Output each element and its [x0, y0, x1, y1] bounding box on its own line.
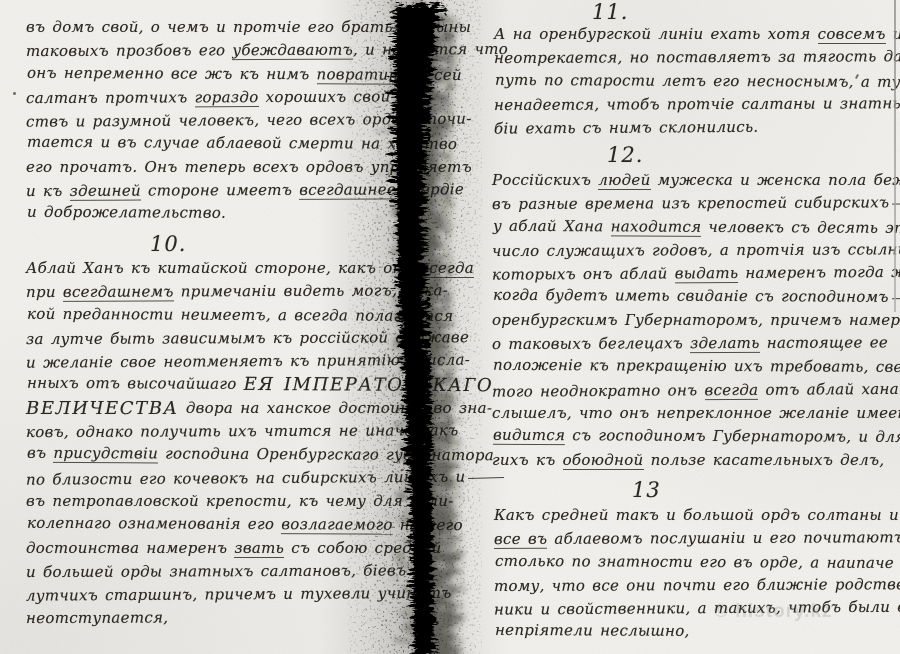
manuscript-text-segment: людей	[598, 171, 650, 190]
manuscript-text-segment: неотрекается, но поставляетъ за тягость …	[494, 47, 900, 67]
manuscript-text-segment: человекъ съ десять это	[701, 217, 900, 236]
manuscript-line: все въ аблаевомъ послушаніи и его почита…	[494, 526, 900, 551]
manuscript-text-segment: путь по старости летъ его несноснымъ, а …	[495, 70, 900, 90]
manuscript-text-segment: нныхъ отъ высочайшаго	[27, 374, 244, 393]
manuscript-text-segment: того неоднократно онъ	[492, 381, 705, 400]
manuscript-line: тому, что все они почти его ближніе родс…	[494, 573, 900, 598]
ink-speck	[697, 100, 699, 102]
manuscript-text-segment: о таковыхъ беглецахъ	[492, 334, 690, 353]
manuscript-line: непріятели неслышно,	[495, 619, 900, 645]
section-12-heading: 12.	[607, 143, 643, 167]
manuscript-text-segment: всегда	[704, 380, 758, 399]
manuscript-line: Россійскихъ людей мужеска и женска пола …	[492, 169, 900, 192]
section-13-paragraph: Какъ средней такъ и большой ордъ солтаны…	[494, 504, 900, 644]
manuscript-text-segment: которыхъ онъ аблай	[492, 265, 675, 284]
manuscript-line: путь по старости летъ его несноснымъ, а …	[495, 68, 900, 94]
manuscript-line: о таковыхъ беглецахъ зделать настоящее е…	[492, 331, 900, 356]
manuscript-text-segment: мужеска и женска пола бежавшихъ	[651, 171, 900, 189]
watermark: © history.kz	[714, 601, 833, 623]
manuscript-text-segment: въ разные времена изъ крепостей сибирски…	[492, 193, 900, 213]
manuscript-text-segment: ники и свойственники, а такихъ, чтобъ бы…	[494, 598, 900, 619]
manuscript-text-segment: и къ	[26, 182, 70, 200]
manuscript-line: біи ехать съ нимъ склонились.	[494, 115, 900, 141]
manuscript-text-segment: здешней	[70, 182, 141, 201]
manuscript-line: Какъ средней такъ и большой ордъ солтаны…	[494, 504, 900, 527]
manuscript-text-segment: ненадеется, чтобъ протчіе салтаны и знат…	[494, 94, 900, 114]
section-11-paragraph: А на оренбургской линіи ехать хотя совсе…	[494, 23, 900, 139]
manuscript-text-segment: зделать	[690, 334, 760, 353]
manuscript-text-segment: онъ непременно все жъ къ нимъ	[27, 63, 317, 83]
manuscript-text-segment: въ	[27, 444, 54, 462]
manuscript-text-segment: совсемъ	[818, 25, 886, 44]
manuscript-line: оренбургскимъ Губернаторомъ, причемъ нам…	[492, 309, 900, 332]
manuscript-text-segment: А на оренбургской линіи ехать хотя	[494, 25, 818, 43]
manuscript-text-segment: и доброжелательство.	[27, 203, 226, 222]
manuscript-line: видится съ господиномъ Губернаторомъ, и …	[493, 424, 900, 450]
manuscript-text-segment: пользе касательныхъ делъ,	[644, 451, 885, 469]
manuscript-text-segment: столько по знатности его въ орде, а наип…	[495, 551, 900, 571]
ink-speck	[13, 92, 16, 95]
manuscript-text-segment: таковыхъ прозбовъ его	[26, 41, 232, 60]
page-edge-line	[894, 0, 896, 312]
manuscript-text-segment: присудствіи	[53, 444, 158, 464]
manuscript-text-segment: выдать	[675, 264, 739, 283]
manuscript-line: въ разные времена изъ крепостей сибирски…	[492, 191, 900, 216]
manuscript-text-segment: число служащихъ годовъ, а протчія изъ сс…	[492, 240, 900, 260]
manuscript-text-segment: біи ехать съ нимъ склонились.	[494, 118, 759, 138]
manuscript-line: столько по знатности его въ орде, а наип…	[495, 549, 900, 575]
section-12-paragraph: Россійскихъ людей мужеска и женска пола …	[492, 169, 900, 472]
manuscript-text-segment: находится	[611, 217, 702, 236]
manuscript-text-segment: звать	[234, 539, 284, 558]
manuscript-text-segment: отъ аблай хана	[758, 380, 899, 399]
manuscript-text-segment: ВЕЛИЧЕСТВА	[26, 398, 179, 419]
section-11-heading: 11.	[592, 0, 628, 24]
manuscript-text-segment: Какъ средней такъ и большой ордъ солтаны…	[494, 506, 900, 524]
manuscript-text-segment: гораздо	[195, 88, 259, 107]
book-gutter-shadow	[330, 0, 500, 654]
right-page: 11. А на оренбургской линіи ехать хотя с…	[460, 0, 900, 654]
manuscript-text-segment: настоящее ее	[760, 333, 888, 352]
manuscript-line: число служащихъ годовъ, а протчія изъ сс…	[492, 238, 900, 263]
manuscript-line: положеніе къ прекращенію ихъ требовать, …	[493, 354, 900, 380]
manuscript-text-segment: положеніе къ прекращенію ихъ требовать, …	[493, 356, 900, 376]
manuscript-text-segment: достоинства намеренъ	[26, 539, 234, 557]
manuscript-line: ненадеется, чтобъ протчіе салтаны и знат…	[494, 92, 900, 117]
manuscript-text-segment: непріятели неслышно,	[495, 621, 690, 640]
manuscript-line: когда будетъ иметь свиданіе съ господино…	[493, 284, 900, 310]
manuscript-text-segment: намеренъ тогда же,	[738, 263, 900, 282]
manuscript-text-segment: оренбургскимъ Губернаторомъ, причемъ нам…	[492, 311, 900, 329]
manuscript-text-segment: стороне имеетъ	[141, 181, 299, 200]
manuscript-text-segment: обоюдной	[563, 451, 644, 470]
manuscript-line: неотрекается, но поставляетъ за тягость …	[494, 45, 900, 70]
manuscript-text-segment: съ господиномъ Губернаторомъ, и для дру-	[565, 426, 900, 446]
manuscript-text-segment: и	[886, 25, 900, 43]
manuscript-text-segment: тому, что все они почти его ближніе родс…	[494, 575, 900, 595]
manuscript-text-segment: всегдашнемъ	[63, 283, 174, 302]
manuscript-text-segment: неотступается,	[26, 609, 168, 628]
section-13-heading: 13	[632, 478, 661, 502]
manuscript-scan: въ домъ свой, о чемъ и протчіе его брать…	[0, 0, 900, 654]
manuscript-text-segment: при	[26, 283, 63, 301]
manuscript-line: ники и свойственники, а такихъ, чтобъ бы…	[494, 596, 900, 622]
manuscript-line: А на оренбургской линіи ехать хотя совсе…	[494, 23, 900, 46]
manuscript-line: того неоднократно онъ всегда отъ аблай х…	[492, 377, 900, 404]
manuscript-text-segment: слышелъ, что онъ непреклонное желаніе им…	[492, 404, 900, 422]
manuscript-text-segment: когда будетъ иметь свиданіе съ господино…	[493, 286, 900, 306]
manuscript-text-segment: колепнаго ознаменованія его	[27, 514, 281, 533]
section-10-heading: 10.	[150, 232, 186, 256]
manuscript-line: слышелъ, что онъ непреклонное желаніе им…	[492, 402, 900, 425]
manuscript-line: гихъ къ обоюдной пользе касательныхъ дел…	[492, 449, 900, 472]
manuscript-text-segment: у аблай Хана	[493, 216, 611, 235]
manuscript-text-segment: салтанъ протчихъ	[26, 88, 195, 107]
manuscript-line: у аблай Хана находится человекъ съ десят…	[493, 214, 900, 240]
manuscript-text-segment: аблаевомъ послушаніи и его почитаютъ	[547, 528, 900, 548]
